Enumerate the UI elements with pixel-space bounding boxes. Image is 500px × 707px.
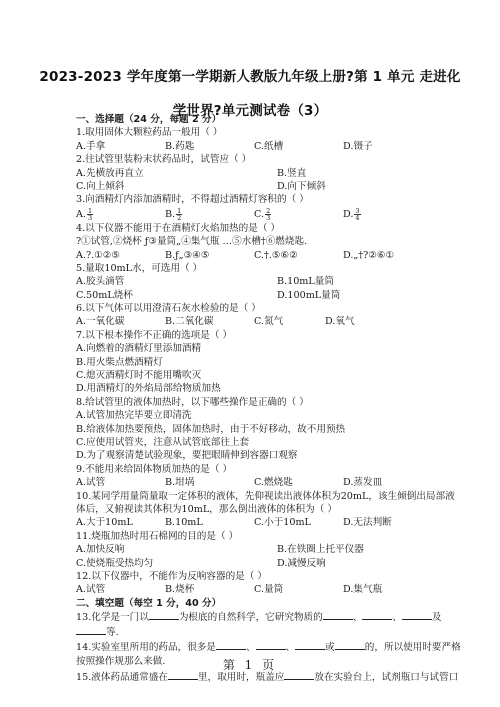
option-b: B.用火柴点燃酒精灯 xyxy=(76,356,486,369)
options-row: A.大于10mL B.10mL C.小于10mL D.无法判断 xyxy=(76,516,486,529)
question-stem: 3.向酒精灯内添加酒精时，不得超过酒精灯容积的（ ） xyxy=(76,193,486,206)
option-b: B.烧杯 xyxy=(165,583,194,596)
option-b: B.坩埚 xyxy=(165,476,194,489)
answer-blank[interactable] xyxy=(295,640,325,650)
option-a: A.加快反响 xyxy=(76,543,124,556)
question-stem: 10.某同学用量筒量取一定体积的液体，先仰视读出液体体积为20mL，该生倾倒出局… xyxy=(76,490,486,503)
question-stem: 7.以下根本操作不正确的选项是（ ） xyxy=(76,329,486,342)
option-c: C.使烧瓶受热均匀 xyxy=(76,557,153,570)
option-d: D.减慢反响 xyxy=(277,557,326,570)
option-a: A.试管 xyxy=(76,583,105,596)
question-stem: 12.以下仪器中，不能作为反响容器的是（ ） xyxy=(76,570,486,583)
option-a: A.?.①②⑤ xyxy=(76,249,120,262)
option-c: C.应使用试管夹，注意从试管底部往上套 xyxy=(76,436,486,449)
option-a: A.一氧化碳 xyxy=(76,315,124,328)
option-c: C.量筒 xyxy=(254,583,283,596)
option-c: C.纸槽 xyxy=(254,140,283,153)
option-a: A.胶头滴管 xyxy=(76,275,124,288)
answer-blank[interactable] xyxy=(362,610,392,620)
option-b: B.10mL xyxy=(165,516,203,529)
option-b: B.ƒ„③④⑤ xyxy=(165,249,209,262)
options-row: A.手拿 B.药匙 C.纸槽 D.镊子 xyxy=(76,140,486,153)
page-number: 第 1 页 xyxy=(0,656,500,673)
option-c: C.燃烧匙 xyxy=(254,476,293,489)
option-a: A.大于10mL xyxy=(76,516,133,529)
option-a: A.试管 xyxy=(76,476,105,489)
question-stem: 5.量取10mL水，可选用（ ） xyxy=(76,262,486,275)
question-stem: 2.往试管里装粉末状药品时，试管应（ ） xyxy=(76,153,486,166)
answer-blank[interactable] xyxy=(256,640,286,650)
option-a: A.13 xyxy=(76,207,93,222)
fraction: 12 xyxy=(176,208,182,221)
options-row: A.胶头滴管 B.10mL量筒 xyxy=(76,275,486,288)
fraction: 23 xyxy=(265,208,271,221)
option-a: A.手拿 xyxy=(76,140,105,153)
exam-content: 一、选择题（24 分，每题 2 分） 1.取用固体大颗粒药品一般用（ ） A.手… xyxy=(76,113,486,685)
answer-blank[interactable] xyxy=(76,625,106,635)
option-d: D.镊子 xyxy=(343,140,373,153)
options-row: A.先横放再直立 B.竖直 xyxy=(76,167,486,180)
document-page: 2023-2023 学年度第一学期新人教版九年级上册?第 1 单元 走进化 学世… xyxy=(0,0,500,707)
option-d: D.集气瓶 xyxy=(343,583,382,596)
option-d: D.蒸发皿 xyxy=(343,476,382,489)
option-a: A.试管加热完毕要立即清洗 xyxy=(76,409,486,422)
options-row: A.?.①②⑤ B.ƒ„③④⑤ C.†.⑤⑥② D.„†?②⑥① xyxy=(76,249,486,262)
option-d: D.氧气 xyxy=(325,315,355,328)
option-b: B.12 xyxy=(165,207,182,222)
option-c: C.小于10mL xyxy=(254,516,311,529)
option-b: B.在铁圈上托平仪器 xyxy=(277,543,364,556)
question-stem: 1.取用固体大颗粒药品一般用（ ） xyxy=(76,126,486,139)
option-c: C.23 xyxy=(254,207,271,222)
options-row: C.使烧瓶受热均匀 D.减慢反响 xyxy=(76,557,486,570)
options-row: A.试管 B.烧杯 C.量筒 D.集气瓶 xyxy=(76,583,486,596)
option-d: D.无法判断 xyxy=(343,516,392,529)
option-b: B.10mL量筒 xyxy=(277,275,334,288)
options-row: A.13 B.12 C.23 D.34 xyxy=(76,207,486,222)
option-a: A.向燃着的酒精灯里添加酒精 xyxy=(76,342,486,355)
answer-blank[interactable] xyxy=(216,640,246,650)
option-d: D.为了观察清楚试验现象，要把眼睛伸到容器口观察 xyxy=(76,449,486,462)
option-b: B.药匙 xyxy=(165,140,194,153)
question-14: 14.实验室里所用的药品，很多是、、或的，所以使用时要严格 xyxy=(76,640,486,655)
answer-blank[interactable] xyxy=(149,610,179,620)
section-heading-choice: 一、选择题（24 分，每题 2 分） xyxy=(76,113,486,126)
question-13-continued: 等. xyxy=(76,625,486,640)
question-stem: 4.以下仪器不能用于在酒精灯火焰加热的是（ ） xyxy=(76,222,486,235)
option-b: B.给液体加热要预热，固体加热时，由于不好移动，故不用预热 xyxy=(76,423,486,436)
option-c: C.氮气 xyxy=(254,315,283,328)
option-c: C.熄灭酒精灯时不能用嘴吹灭 xyxy=(76,369,486,382)
question-stem: 6.以下气体可以用澄清石灰水检验的是（ ） xyxy=(76,302,486,315)
options-row: A.一氧化碳 B.二氧化碳 C.氮气 D.氧气 xyxy=(76,315,486,328)
answer-blank[interactable] xyxy=(402,610,432,620)
option-b: B.竖直 xyxy=(277,167,306,180)
answer-blank[interactable] xyxy=(335,640,365,650)
question-substem: ?①试管,②烧杯 ƒ③量筒„④集气瓶 …⑤水槽†⑥燃烧匙. xyxy=(76,235,486,248)
options-row: A.试管 B.坩埚 C.燃烧匙 D.蒸发皿 xyxy=(76,476,486,489)
option-d: D.向下倾斜 xyxy=(277,180,326,193)
options-row: A.加快反响 B.在铁圈上托平仪器 xyxy=(76,543,486,556)
option-d: D.„†?②⑥① xyxy=(343,249,394,262)
option-d: D.100mL量筒 xyxy=(277,289,340,302)
document-title-line1: 2023-2023 学年度第一学期新人教版九年级上册?第 1 单元 走进化 xyxy=(0,65,500,85)
option-a: A.先横放再直立 xyxy=(76,167,144,180)
question-stem: 9.不能用来给固体物质加热的是（ ） xyxy=(76,463,486,476)
option-c: C.50mL烧杯 xyxy=(76,289,133,302)
answer-blank[interactable] xyxy=(323,610,353,620)
options-row: C.50mL烧杯 D.100mL量筒 xyxy=(76,289,486,302)
question-stem: 8.给试管里的液体加热时，以下哪些操作是正确的（ ） xyxy=(76,396,486,409)
section-heading-fill: 二、填空题（每空 1 分，40 分） xyxy=(76,597,486,610)
option-d: D.用酒精灯的外焰局部给物质加热 xyxy=(76,382,486,395)
fraction: 13 xyxy=(87,208,93,221)
option-d: D.34 xyxy=(343,207,361,222)
question-stem: 11.烧瓶加热时用石棉网的目的是（ ） xyxy=(76,530,486,543)
question-stem-continued: 体后，又俯视读其体积为10mL，那么倒出液体的体积为（ ） xyxy=(76,503,486,516)
option-c: C.†.⑤⑥② xyxy=(254,249,298,262)
options-row: C.向上倾斜 D.向下倾斜 xyxy=(76,180,486,193)
option-b: B.二氧化碳 xyxy=(165,315,213,328)
question-13: 13.化学是一门以为根底的自然科学，它研究物质的、、及 xyxy=(76,610,486,625)
fraction: 34 xyxy=(354,208,360,221)
option-c: C.向上倾斜 xyxy=(76,180,124,193)
